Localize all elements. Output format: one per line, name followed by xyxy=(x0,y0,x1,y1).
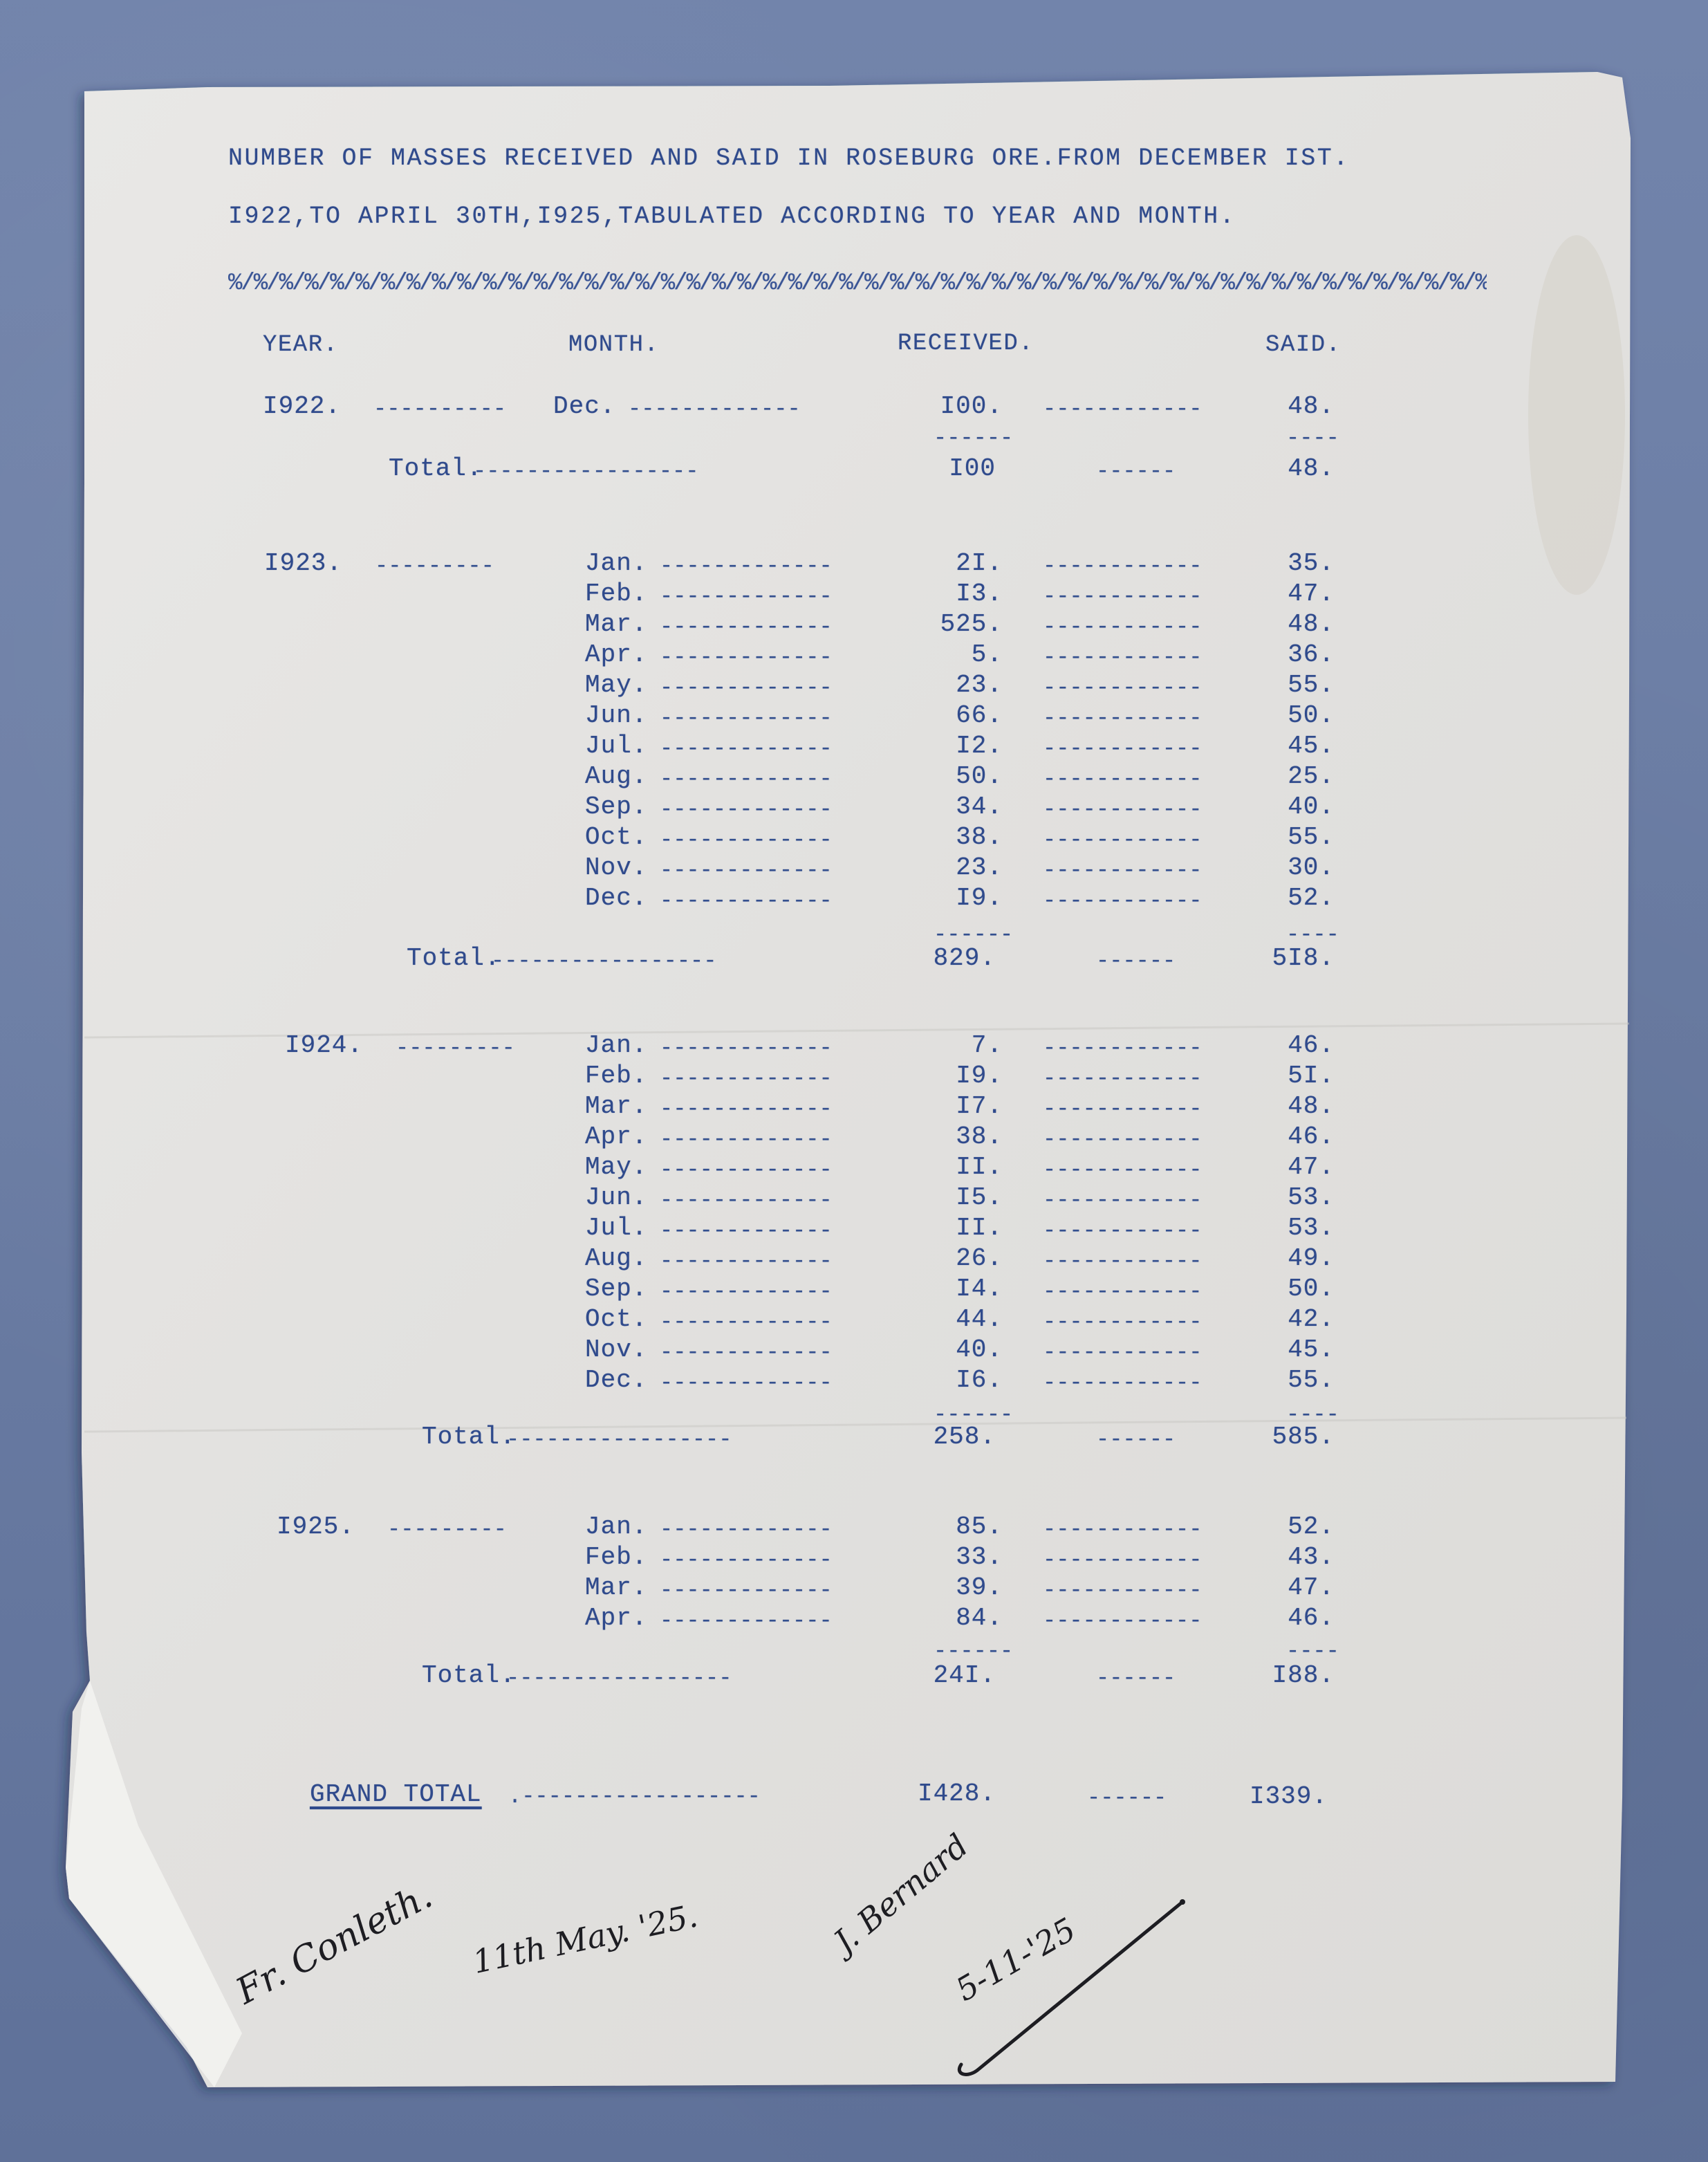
leader-dots: ------------ xyxy=(1043,1037,1202,1060)
paper-sheet: NUMBER OF MASSES RECEIVED AND SAID IN RO… xyxy=(0,0,1708,2162)
leader-dots: ------------ xyxy=(1043,1372,1202,1394)
leader-dots: --------- xyxy=(387,1519,507,1541)
received-value: 26. xyxy=(899,1246,1003,1271)
leader-dots: ------ xyxy=(1096,461,1176,483)
sum-rule-received: ------ xyxy=(934,427,1013,450)
leader-dots: --------- xyxy=(375,555,494,578)
leader-dots: ------------ xyxy=(1043,829,1202,851)
month-label: Sep. xyxy=(585,1277,647,1302)
received-value: 38. xyxy=(899,825,1003,850)
leader-dots: ------------ xyxy=(1043,890,1202,912)
leader-dots: ------------- xyxy=(660,555,833,578)
said-value: 45. xyxy=(1224,734,1335,759)
total-said: 48. xyxy=(1224,456,1335,481)
received-value: I7. xyxy=(899,1094,1003,1119)
leader-dots: ------------- xyxy=(660,586,833,608)
said-value: 35. xyxy=(1224,551,1335,576)
month-label: Oct. xyxy=(585,825,647,850)
month-label: Dec. xyxy=(585,886,647,911)
received-value: 7. xyxy=(899,1033,1003,1058)
said-value: 48. xyxy=(1224,1094,1335,1119)
received-value: I3. xyxy=(899,582,1003,607)
said-value: 46. xyxy=(1224,1125,1335,1149)
leader-dots: ------ xyxy=(1096,950,1176,972)
received-value: I6. xyxy=(899,1368,1003,1393)
leader-dots: ------------- xyxy=(660,616,833,638)
leader-dots: ------------ xyxy=(1043,1311,1202,1333)
received-value: II. xyxy=(899,1216,1003,1241)
total-label: Total. xyxy=(389,456,483,481)
leader-dots: ------------ xyxy=(1043,768,1202,791)
received-value: I5. xyxy=(899,1185,1003,1210)
leader-dots: ----------------- xyxy=(506,1429,732,1451)
grand-total-label: GRAND TOTAL xyxy=(310,1782,482,1807)
received-value: 23. xyxy=(899,673,1003,698)
total-said: 5I8. xyxy=(1224,946,1335,971)
month-label: Mar. xyxy=(585,1094,647,1119)
leader-dots: ------------- xyxy=(660,1037,833,1060)
sum-rule-received: ------ xyxy=(934,1641,1013,1663)
leader-dots: ------------- xyxy=(660,890,833,912)
total-said: 585. xyxy=(1224,1425,1335,1450)
said-value: 52. xyxy=(1224,886,1335,911)
total-received: 24I. xyxy=(892,1663,996,1688)
leader-dots: ------------- xyxy=(660,1342,833,1364)
received-value: 525. xyxy=(899,612,1003,637)
said-value: 42. xyxy=(1224,1307,1335,1332)
received-value: 34. xyxy=(899,795,1003,820)
said-value: 40. xyxy=(1224,795,1335,820)
leader-dots: ------------- xyxy=(660,738,833,760)
leader-dots: ------ xyxy=(1096,1429,1176,1451)
leader-dots: ------ xyxy=(1096,1667,1176,1690)
leader-dots: ------------- xyxy=(660,1610,833,1632)
said-value: 46. xyxy=(1224,1033,1335,1058)
leader-dots: ------------ xyxy=(1043,1519,1202,1541)
month-label: Feb. xyxy=(585,1064,647,1089)
paper-shape xyxy=(0,0,1708,2162)
received-value: 2I. xyxy=(899,551,1003,576)
month-label: Apr. xyxy=(585,643,647,667)
year-label: I924. xyxy=(285,1033,363,1058)
leader-dots: ----------------- xyxy=(506,1667,732,1690)
received-value: 23. xyxy=(899,856,1003,880)
leader-dots: ------------- xyxy=(660,860,833,882)
said-value: 30. xyxy=(1224,856,1335,880)
received-value: II. xyxy=(899,1155,1003,1180)
leader-dots: ------------ xyxy=(1043,1129,1202,1151)
leader-dots: ------------ xyxy=(1043,1610,1202,1632)
leader-dots: ------ xyxy=(1087,1787,1167,1809)
leader-dots: ------------ xyxy=(1043,860,1202,882)
received-value: 33. xyxy=(899,1545,1003,1570)
year-label: I923. xyxy=(264,551,342,576)
leader-dots: .------------------ xyxy=(508,1786,761,1808)
month-label: Mar. xyxy=(585,1576,647,1600)
received-value: 66. xyxy=(899,703,1003,728)
month-label: Jun. xyxy=(585,703,647,728)
said-value: 25. xyxy=(1224,764,1335,789)
total-label: Total. xyxy=(422,1425,516,1450)
leader-dots: ------------- xyxy=(660,1190,833,1212)
year-label: I925. xyxy=(277,1515,355,1540)
leader-dots: ------------ xyxy=(1043,1159,1202,1181)
leader-dots: ------------- xyxy=(660,708,833,730)
leader-dots: ------------ xyxy=(1043,1068,1202,1090)
leader-dots: ------------- xyxy=(660,1068,833,1090)
received-value: 50. xyxy=(899,764,1003,789)
grand-total-said: I339. xyxy=(1217,1784,1328,1809)
leader-dots: ------------ xyxy=(1043,1098,1202,1120)
leader-dots: ----------------- xyxy=(491,950,716,972)
sum-rule-said: ---- xyxy=(1286,1641,1339,1663)
said-value: 5I. xyxy=(1224,1064,1335,1089)
month-label: Jul. xyxy=(585,734,647,759)
leader-dots: ------------- xyxy=(660,1372,833,1394)
leader-dots: ------------ xyxy=(1043,677,1202,699)
leader-dots: ------------- xyxy=(660,768,833,791)
signature-flourish xyxy=(954,1888,1245,2082)
leader-dots: ------------ xyxy=(1043,1281,1202,1303)
said-value: 46. xyxy=(1224,1606,1335,1631)
leader-dots: ------------ xyxy=(1043,586,1202,608)
total-label: Total. xyxy=(422,1663,516,1688)
received-value: 40. xyxy=(899,1338,1003,1362)
month-label: Dec. xyxy=(585,1368,647,1393)
leader-dots: ------------- xyxy=(660,1549,833,1571)
leader-dots: ----------------- xyxy=(473,461,698,483)
leader-dots: ------------ xyxy=(1043,1342,1202,1364)
said-value: 55. xyxy=(1224,825,1335,850)
said-value: 45. xyxy=(1224,1338,1335,1362)
month-label: Nov. xyxy=(585,856,647,880)
month-label: Aug. xyxy=(585,1246,647,1271)
month-label: Sep. xyxy=(585,795,647,820)
leader-dots: ------------- xyxy=(628,398,801,421)
leader-dots: ------------ xyxy=(1043,616,1202,638)
month-label: Mar. xyxy=(585,612,647,637)
leader-dots: ------------ xyxy=(1043,738,1202,760)
leader-dots: ------------ xyxy=(1043,398,1202,421)
received-value: 85. xyxy=(899,1515,1003,1540)
said-value: 55. xyxy=(1224,673,1335,698)
grand-total-received: I428. xyxy=(892,1782,996,1807)
month-label: Jan. xyxy=(585,1515,647,1540)
ornament-divider: %/%/%/%/%/%/%/%/%/%/%/%/%/%/%/%/%/%/%/%/… xyxy=(228,272,1487,295)
leader-dots: ------------- xyxy=(660,799,833,821)
leader-dots: ------------- xyxy=(660,1098,833,1120)
month-label: Jan. xyxy=(585,1033,647,1058)
leader-dots: ------------ xyxy=(1043,647,1202,669)
month-label: Jun. xyxy=(585,1185,647,1210)
month-label: Dec. xyxy=(553,394,615,419)
month-label: Nov. xyxy=(585,1338,647,1362)
leader-dots: ------------ xyxy=(1043,799,1202,821)
leader-dots: --------- xyxy=(396,1037,515,1060)
leader-dots: ------------- xyxy=(660,1580,833,1602)
sum-rule-received: ------ xyxy=(934,924,1013,946)
month-label: Jan. xyxy=(585,551,647,576)
sum-rule-said: ---- xyxy=(1286,924,1339,946)
month-label: Feb. xyxy=(585,582,647,607)
sum-rule-said: ---- xyxy=(1286,427,1339,450)
leader-dots: ------------ xyxy=(1043,708,1202,730)
said-value: 53. xyxy=(1224,1185,1335,1210)
said-value: 43. xyxy=(1224,1545,1335,1570)
total-received: I00 xyxy=(892,456,996,481)
said-value: 50. xyxy=(1224,1277,1335,1302)
leader-dots: ------------ xyxy=(1043,1580,1202,1602)
received-value: 38. xyxy=(899,1125,1003,1149)
said-value: 53. xyxy=(1224,1216,1335,1241)
leader-dots: ------------ xyxy=(1043,1549,1202,1571)
said-value: 48. xyxy=(1224,394,1335,419)
total-received: 258. xyxy=(892,1425,996,1450)
month-label: Oct. xyxy=(585,1307,647,1332)
said-value: 49. xyxy=(1224,1246,1335,1271)
received-value: 5. xyxy=(899,643,1003,667)
month-label: May. xyxy=(585,1155,647,1180)
leader-dots: ------------- xyxy=(660,677,833,699)
received-value: 84. xyxy=(899,1606,1003,1631)
header-year: YEAR. xyxy=(263,333,339,357)
said-value: 47. xyxy=(1224,1576,1335,1600)
said-value: 36. xyxy=(1224,643,1335,667)
said-value: 48. xyxy=(1224,612,1335,637)
title-line-2: I922,TO APRIL 30TH,I925,TABULATED ACCORD… xyxy=(228,205,1236,229)
received-value: I4. xyxy=(899,1277,1003,1302)
received-value: I2. xyxy=(899,734,1003,759)
said-value: 50. xyxy=(1224,703,1335,728)
header-month: MONTH. xyxy=(568,333,659,357)
said-value: 47. xyxy=(1224,1155,1335,1180)
month-label: Apr. xyxy=(585,1125,647,1149)
month-label: Feb. xyxy=(585,1545,647,1570)
leader-dots: ------------- xyxy=(660,829,833,851)
year-label: I922. xyxy=(263,394,341,419)
leader-dots: ------------- xyxy=(660,1311,833,1333)
leader-dots: ------------- xyxy=(660,1281,833,1303)
header-said: SAID. xyxy=(1265,333,1342,357)
said-value: 47. xyxy=(1224,582,1335,607)
received-value: I9. xyxy=(899,1064,1003,1089)
leader-dots: ------------- xyxy=(660,1250,833,1273)
said-value: 55. xyxy=(1224,1368,1335,1393)
leader-dots: ------------ xyxy=(1043,555,1202,578)
month-label: Aug. xyxy=(585,764,647,789)
leader-dots: ------------- xyxy=(660,647,833,669)
month-label: Jul. xyxy=(585,1216,647,1241)
received-value: I9. xyxy=(899,886,1003,911)
total-received: 829. xyxy=(892,946,996,971)
leader-dots: ------------ xyxy=(1043,1190,1202,1212)
total-said: I88. xyxy=(1224,1663,1335,1688)
header-received: RECEIVED. xyxy=(898,332,1034,355)
received-value: 39. xyxy=(899,1576,1003,1600)
month-label: Apr. xyxy=(585,1606,647,1631)
said-value: 52. xyxy=(1224,1515,1335,1540)
leader-dots: ------------- xyxy=(660,1159,833,1181)
leader-dots: ---------- xyxy=(373,398,506,421)
leader-dots: ------------- xyxy=(660,1519,833,1541)
leader-dots: ------------- xyxy=(660,1220,833,1242)
leader-dots: ------------- xyxy=(660,1129,833,1151)
leader-dots: ------------ xyxy=(1043,1220,1202,1242)
leader-dots: ------------ xyxy=(1043,1250,1202,1273)
title-line-1: NUMBER OF MASSES RECEIVED AND SAID IN RO… xyxy=(228,147,1350,171)
total-label: Total. xyxy=(407,946,501,971)
month-label: May. xyxy=(585,673,647,698)
received-value: I00. xyxy=(899,394,1003,419)
received-value: 44. xyxy=(899,1307,1003,1332)
